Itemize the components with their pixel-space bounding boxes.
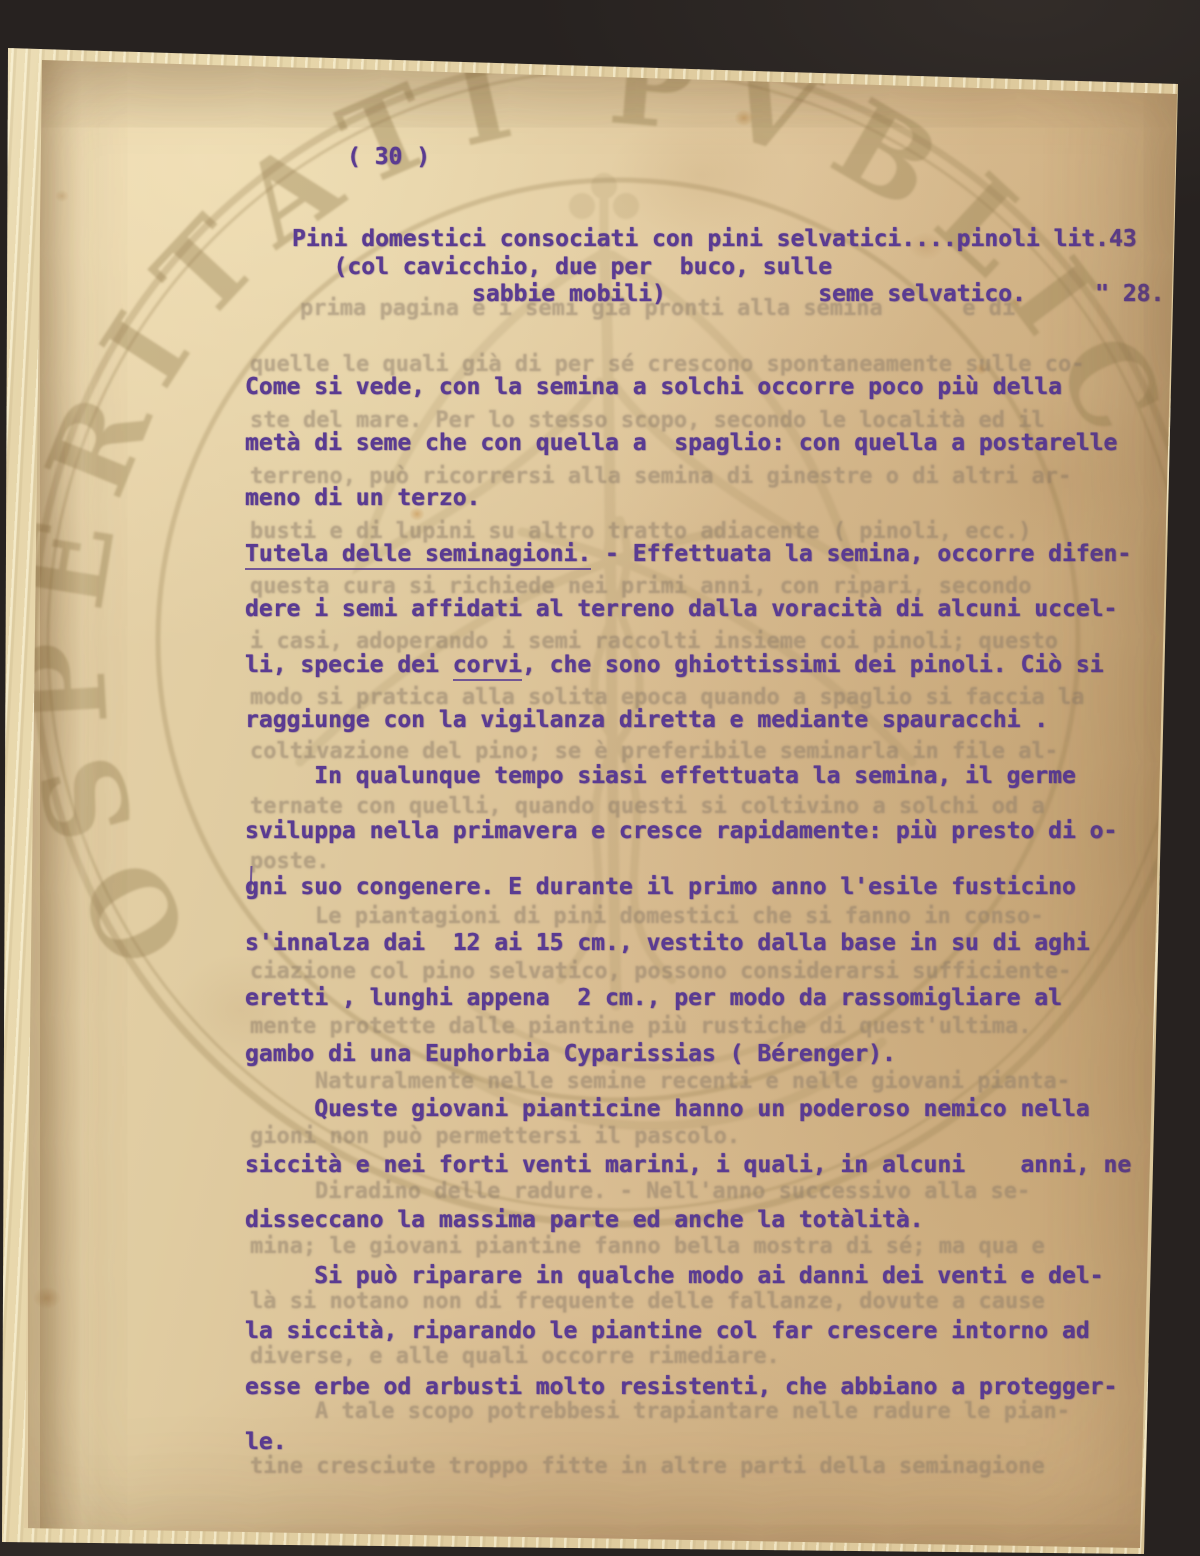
typed-text: , che sono ghiottissimi dei pinoli. Ciò …: [522, 652, 1104, 678]
typed-text: Si può riparare in qualche modo ai danni…: [245, 1263, 1104, 1289]
typed-line: meno di un terzo.: [245, 483, 480, 513]
typed-line: eretti , lunghi appena 2 cm., per modo d…: [245, 983, 1062, 1013]
typed-line: dere i semi affidati al terreno dalla vo…: [245, 594, 1117, 624]
typed-line: gni suo congenere. E durante il primo an…: [245, 872, 1076, 902]
page-number: ( 30 ): [347, 144, 430, 170]
bleedthrough-line: diverse, e alle quali occorre rimediare.: [250, 1344, 780, 1369]
typed-line: Come si vede, con la semina a solchi occ…: [245, 372, 1062, 402]
typed-text: le.: [245, 1429, 287, 1455]
header-line: Pini domestici consociati con pini selva…: [292, 226, 1164, 254]
typed-text: siccità e nei forti venti marini, i qual…: [245, 1152, 1131, 1178]
bleedthrough-line: là si notano non di frequente delle fall…: [250, 1289, 1045, 1314]
typed-line: siccità e nei forti venti marini, i qual…: [245, 1150, 1131, 1180]
typed-line: raggiunge con la vigilanza diretta e med…: [245, 705, 1048, 735]
typed-text: la siccità, riparando le piantine col fa…: [245, 1318, 1090, 1344]
bleedthrough-line: tine cresciute troppo fitte in altre par…: [250, 1454, 1045, 1479]
underlined-text: corvi: [453, 652, 522, 681]
bleedthrough-line: Diradino delle radure. - Nell'anno succe…: [315, 1179, 1030, 1204]
typed-text: dere i semi affidati al terreno dalla vo…: [245, 596, 1117, 622]
bleedthrough-line: Naturalmente nelle semine recenti e nell…: [315, 1069, 1070, 1094]
typed-text: eretti , lunghi appena 2 cm., per modo d…: [245, 985, 1062, 1011]
header-line: sabbie mobili) seme selvatico. " 28.: [292, 281, 1164, 309]
bleedthrough-line: mina; le giovani piantine fanno bella mo…: [250, 1234, 1045, 1259]
bleedthrough-line: gioni non può permettersi il pascolo.: [250, 1124, 740, 1149]
typed-text: esse erbe od arbusti molto resistenti, c…: [245, 1374, 1117, 1400]
header-line: (col cavicchio, due per buco, sulle: [292, 254, 1164, 282]
binding-crease: [40, 0, 100, 1556]
bleedthrough-line: ternate con quelli, quando questi si col…: [250, 794, 1045, 819]
typed-text: gni suo congenere. E durante il primo an…: [245, 874, 1076, 900]
typed-text: gambo di una Euphorbia Cyparissias ( Bér…: [245, 1041, 896, 1067]
typed-line: gambo di una Euphorbia Cyparissias ( Bér…: [245, 1039, 896, 1069]
typed-line: Queste giovani pianticine hanno un poder…: [245, 1094, 1090, 1124]
underlined-text: Tutela delle seminagioni.: [245, 541, 591, 570]
typed-text: metà di seme che con quella a spaglio: c…: [245, 430, 1117, 456]
document-page: OSPERITATI PVBLICA prima pagina e i semi…: [0, 0, 1200, 1556]
bleedthrough-line: ciazione col pino selvatico, possono con…: [250, 959, 1071, 984]
scanned-book-photo: { "page": { "folio": "( 30 )" }, "header…: [0, 0, 1200, 1556]
typed-line: sviluppa nella primavera e cresce rapida…: [245, 816, 1117, 846]
typed-line: disseccano la massima parte ed anche la …: [245, 1205, 924, 1235]
typed-text: Queste giovani pianticine hanno un poder…: [245, 1096, 1090, 1122]
typed-line: esse erbe od arbusti molto resistenti, c…: [245, 1372, 1117, 1402]
typed-text: Come si vede, con la semina a solchi occ…: [245, 374, 1062, 400]
typed-text: li, specie dei: [245, 652, 453, 678]
bleedthrough-line: A tale scopo potrebbesi trapiantare nell…: [315, 1399, 1070, 1424]
typed-line: In qualunque tempo siasi effettuata la s…: [245, 761, 1076, 791]
bleedthrough-line: poste.: [250, 849, 329, 874]
bleedthrough-line: mente protette dalle piantine più rustic…: [250, 1014, 1031, 1039]
typed-text: meno di un terzo.: [245, 485, 480, 511]
typed-line: Tutela delle seminagioni. - Effettuata l…: [245, 539, 1131, 569]
typed-line: la siccità, riparando le piantine col fa…: [245, 1316, 1090, 1346]
typed-line: li, specie dei corvi, che sono ghiottiss…: [245, 650, 1104, 680]
typed-line: metà di seme che con quella a spaglio: c…: [245, 428, 1117, 458]
typed-text: disseccano la massima parte ed anche la …: [245, 1207, 924, 1233]
header-table: Pini domestici consociati con pini selva…: [292, 226, 1164, 309]
bleedthrough-line: Le piantagioni di pini domestici che si …: [315, 904, 1043, 929]
typed-text: sviluppa nella primavera e cresce rapida…: [245, 818, 1117, 844]
typed-line: Si può riparare in qualche modo ai danni…: [245, 1261, 1104, 1291]
typed-text: raggiunge con la vigilanza diretta e med…: [245, 707, 1048, 733]
typed-line: s'innalza dai 12 ai 15 cm., vestito dall…: [245, 928, 1090, 958]
typed-text: - Effettuata la semina, occorre difen-: [591, 541, 1131, 567]
typed-text: s'innalza dai 12 ai 15 cm., vestito dall…: [245, 930, 1090, 956]
typed-line: le.: [245, 1427, 287, 1457]
typed-text: In qualunque tempo siasi effettuata la s…: [245, 763, 1076, 789]
